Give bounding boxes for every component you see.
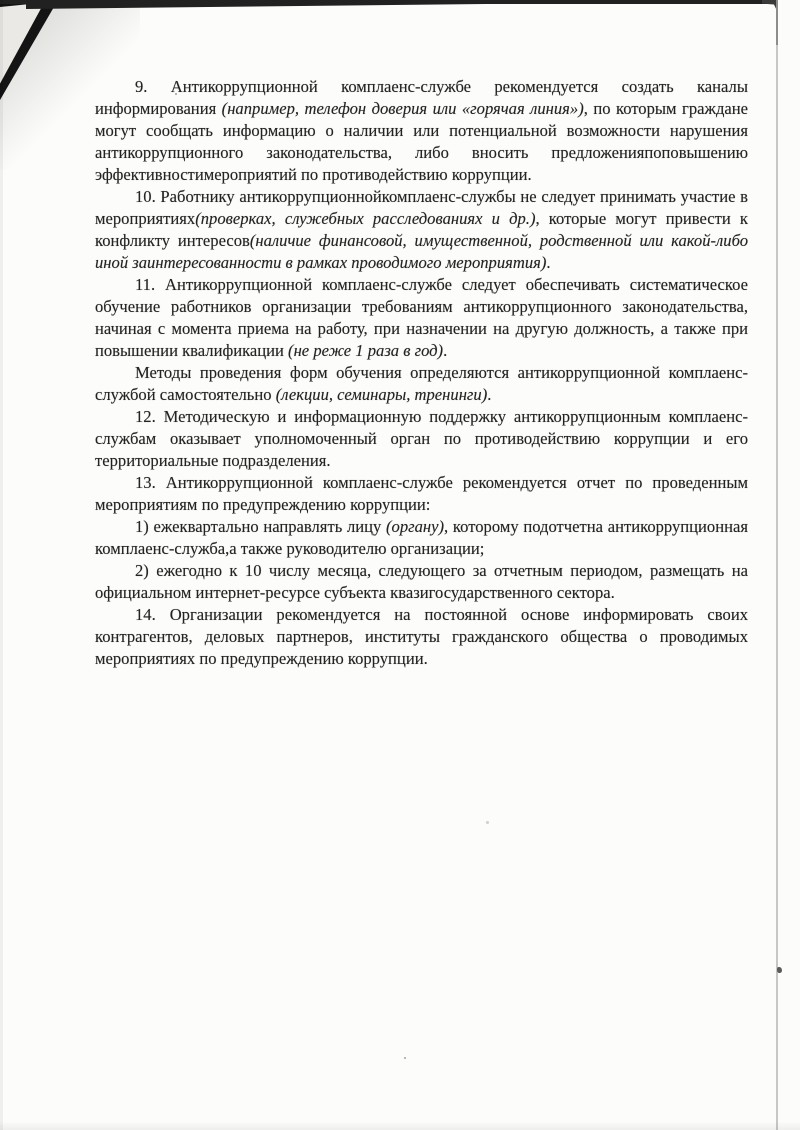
italic-text-run: (лекции, семинары, тренинги) [276, 385, 488, 404]
scanned-page: 9. Антикоррупционной комплаенс-службе ре… [0, 0, 800, 1130]
paragraph: 11. Антикоррупционной комплаенс-службе с… [95, 274, 748, 362]
scan-speck [404, 1057, 406, 1059]
scan-speck [486, 821, 489, 824]
page-bottom-shadow [0, 1121, 800, 1130]
scan-speck [777, 967, 782, 973]
text-run: . [546, 253, 550, 272]
page-right-edge-line [776, 0, 778, 1130]
text-run: 1) ежеквартально направлять лицу [135, 517, 386, 536]
paragraph: 2) ежегодно к 10 числу месяца, следующег… [95, 560, 748, 604]
text-run: 2) ежегодно к 10 числу месяца, следующег… [95, 561, 748, 602]
italic-text-run: (проверках, служебных расследованиях и д… [195, 209, 535, 228]
paragraph: Методы проведения форм обучения определя… [95, 362, 748, 406]
text-run: 13. Антикоррупционной комплаенс-службе р… [95, 473, 748, 514]
paragraph: 9. Антикоррупционной комплаенс-службе ре… [95, 76, 748, 186]
page-left-shadow [0, 0, 3, 1130]
document-body: 9. Антикоррупционной комплаенс-службе ре… [95, 76, 748, 670]
paragraph: 12. Методическую и информационную поддер… [95, 406, 748, 472]
text-run: 14. Организации рекомендуется на постоян… [95, 605, 748, 668]
italic-text-run: (например, телефон доверия или «горячая … [222, 99, 584, 118]
scanner-top-edge-thick [26, 0, 518, 9]
text-run: . [443, 341, 447, 360]
paragraph: 13. Антикоррупционной комплаенс-службе р… [95, 472, 748, 516]
text-run: 12. Методическую и информационную поддер… [95, 407, 748, 470]
paragraph: 1) ежеквартально направлять лицу (органу… [95, 516, 748, 560]
paragraph: 10. Работнику антикоррупционнойкомплаенс… [95, 186, 748, 274]
italic-text-run: (не реже 1 раза в год) [288, 341, 443, 360]
paragraph: 14. Организации рекомендуется на постоян… [95, 604, 748, 670]
text-run: . [487, 385, 491, 404]
italic-text-run: (органу) [386, 517, 444, 536]
